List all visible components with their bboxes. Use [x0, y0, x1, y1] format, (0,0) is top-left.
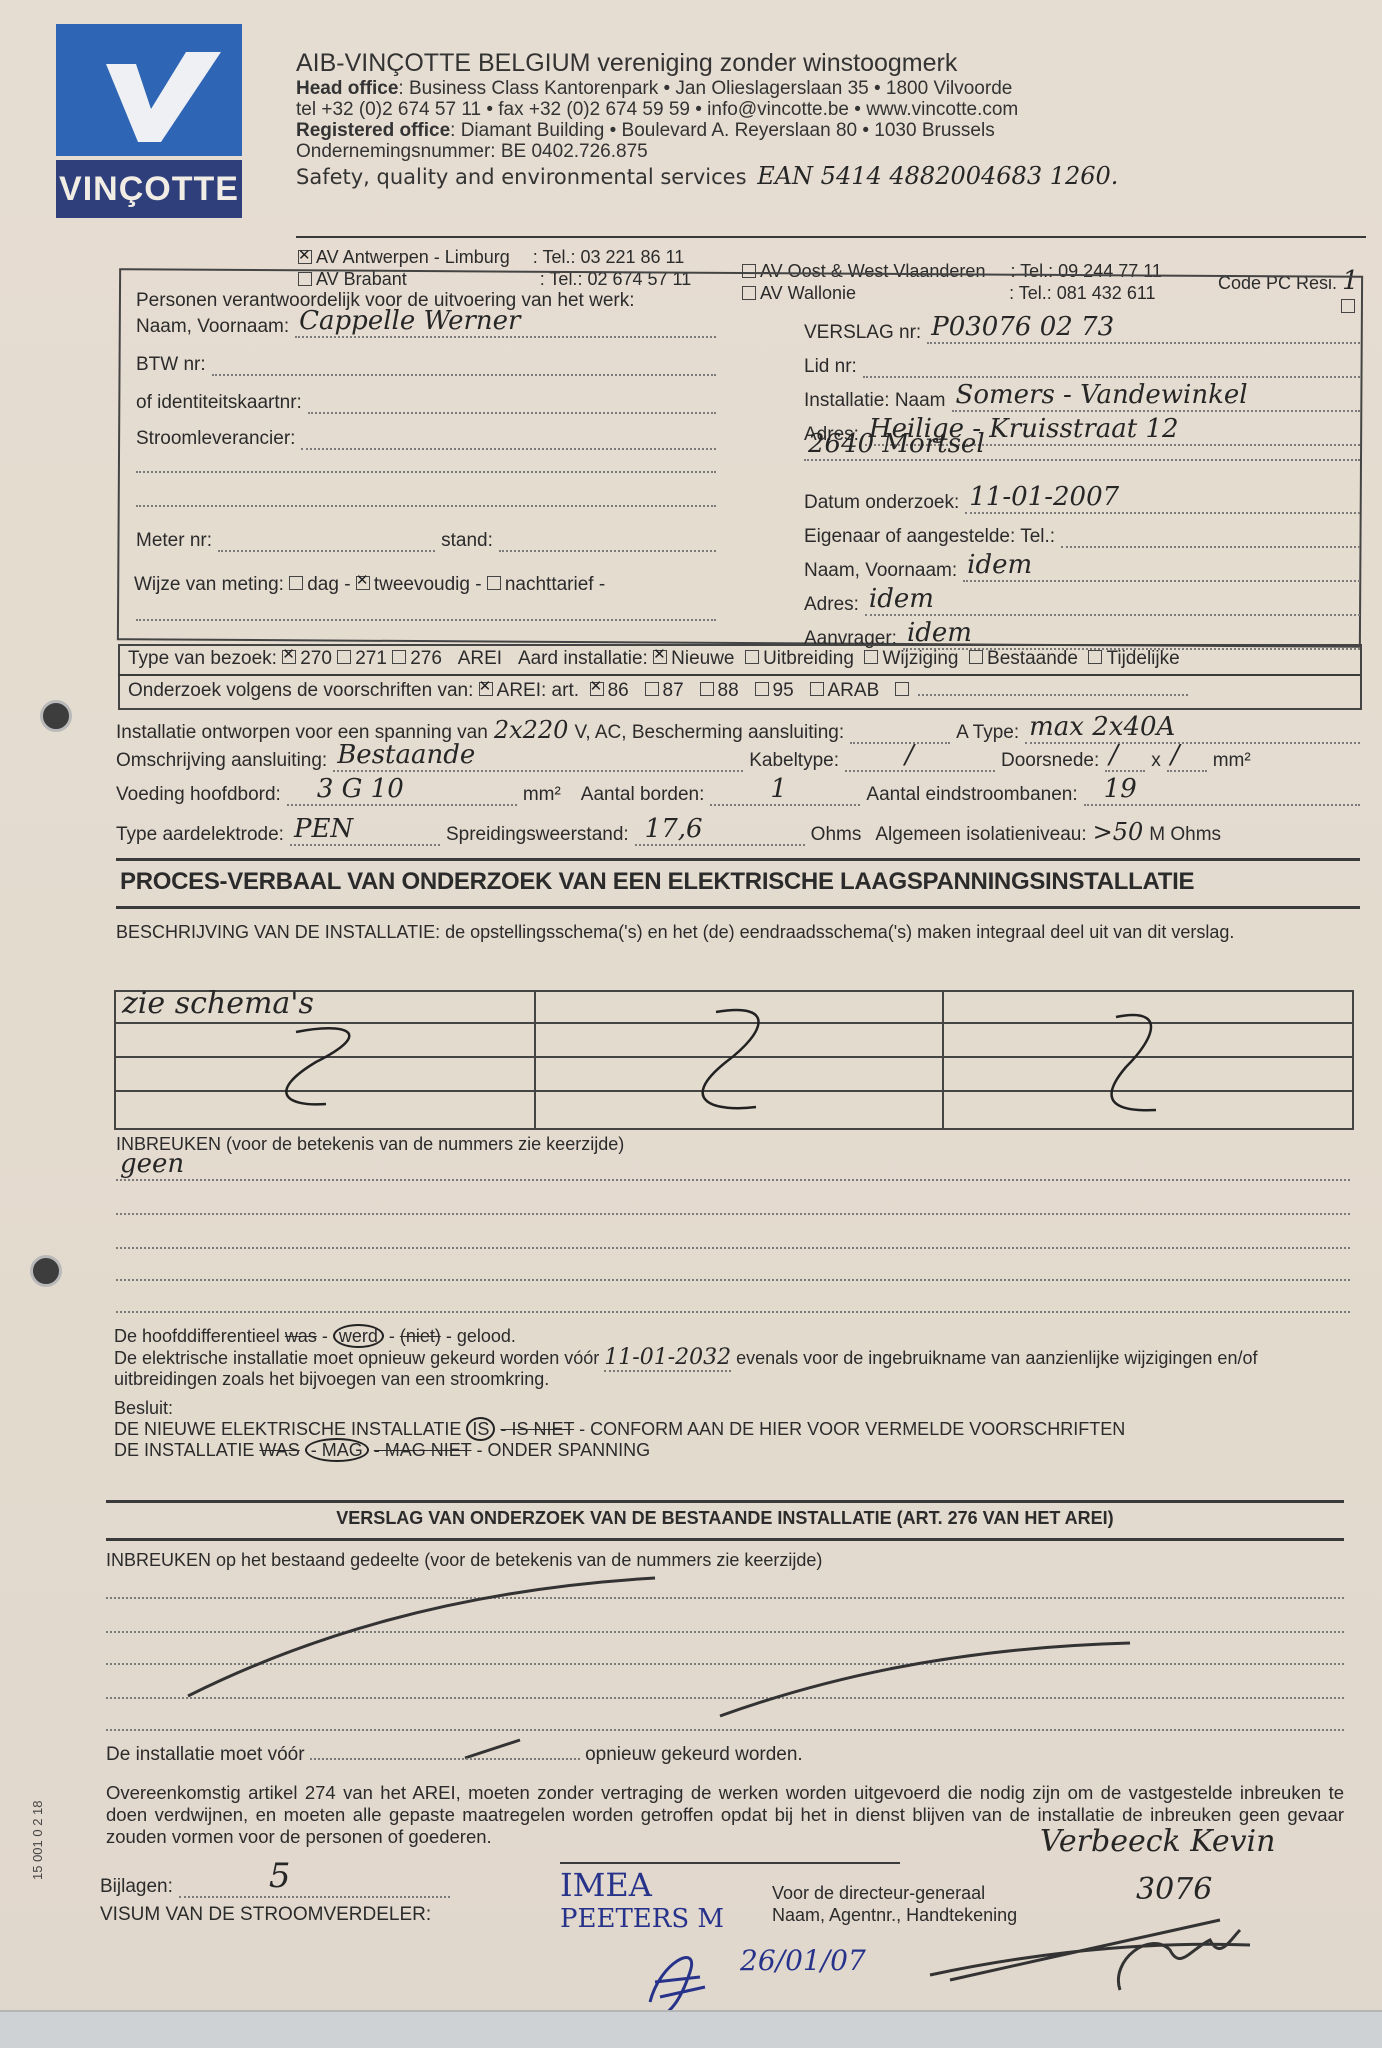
distributor-stamp-line2: PEETERS M	[560, 1902, 724, 1936]
divider	[560, 1862, 900, 1864]
distributor-stamp-line1: IMEA	[560, 1868, 724, 1902]
distributor-date: 26/01/07	[740, 1944, 866, 1977]
label: Bijlagen:	[100, 1876, 173, 1898]
inspector-name: Verbeeck Kevin	[1040, 1824, 1275, 1859]
distributor-stamp: IMEA PEETERS M	[560, 1868, 724, 1936]
label: De installatie moet vóór	[106, 1744, 305, 1765]
existing-reinspect: De installatie moet vóór opnieuw gekeurd…	[106, 1744, 803, 1766]
inspector-signature-icon	[920, 1900, 1280, 2010]
form-code: 15 001 0 2 18	[30, 1800, 45, 1880]
attachments-value: 5	[269, 1856, 291, 1896]
document-page: VINÇOTTE AIB-VINÇOTTE BELGIUM vereniging…	[0, 0, 1382, 2048]
page-edge	[0, 2010, 1382, 2048]
existing-reinspect-date-field[interactable]	[310, 1758, 580, 1760]
cross-out-strokes	[0, 0, 1382, 2048]
visa-label: VISUM VAN DE STROOMVERDELER:	[100, 1904, 431, 1926]
label: opnieuw gekeurd worden.	[585, 1744, 803, 1765]
field-attachments[interactable]: Bijlagen: 5	[100, 1876, 450, 1898]
